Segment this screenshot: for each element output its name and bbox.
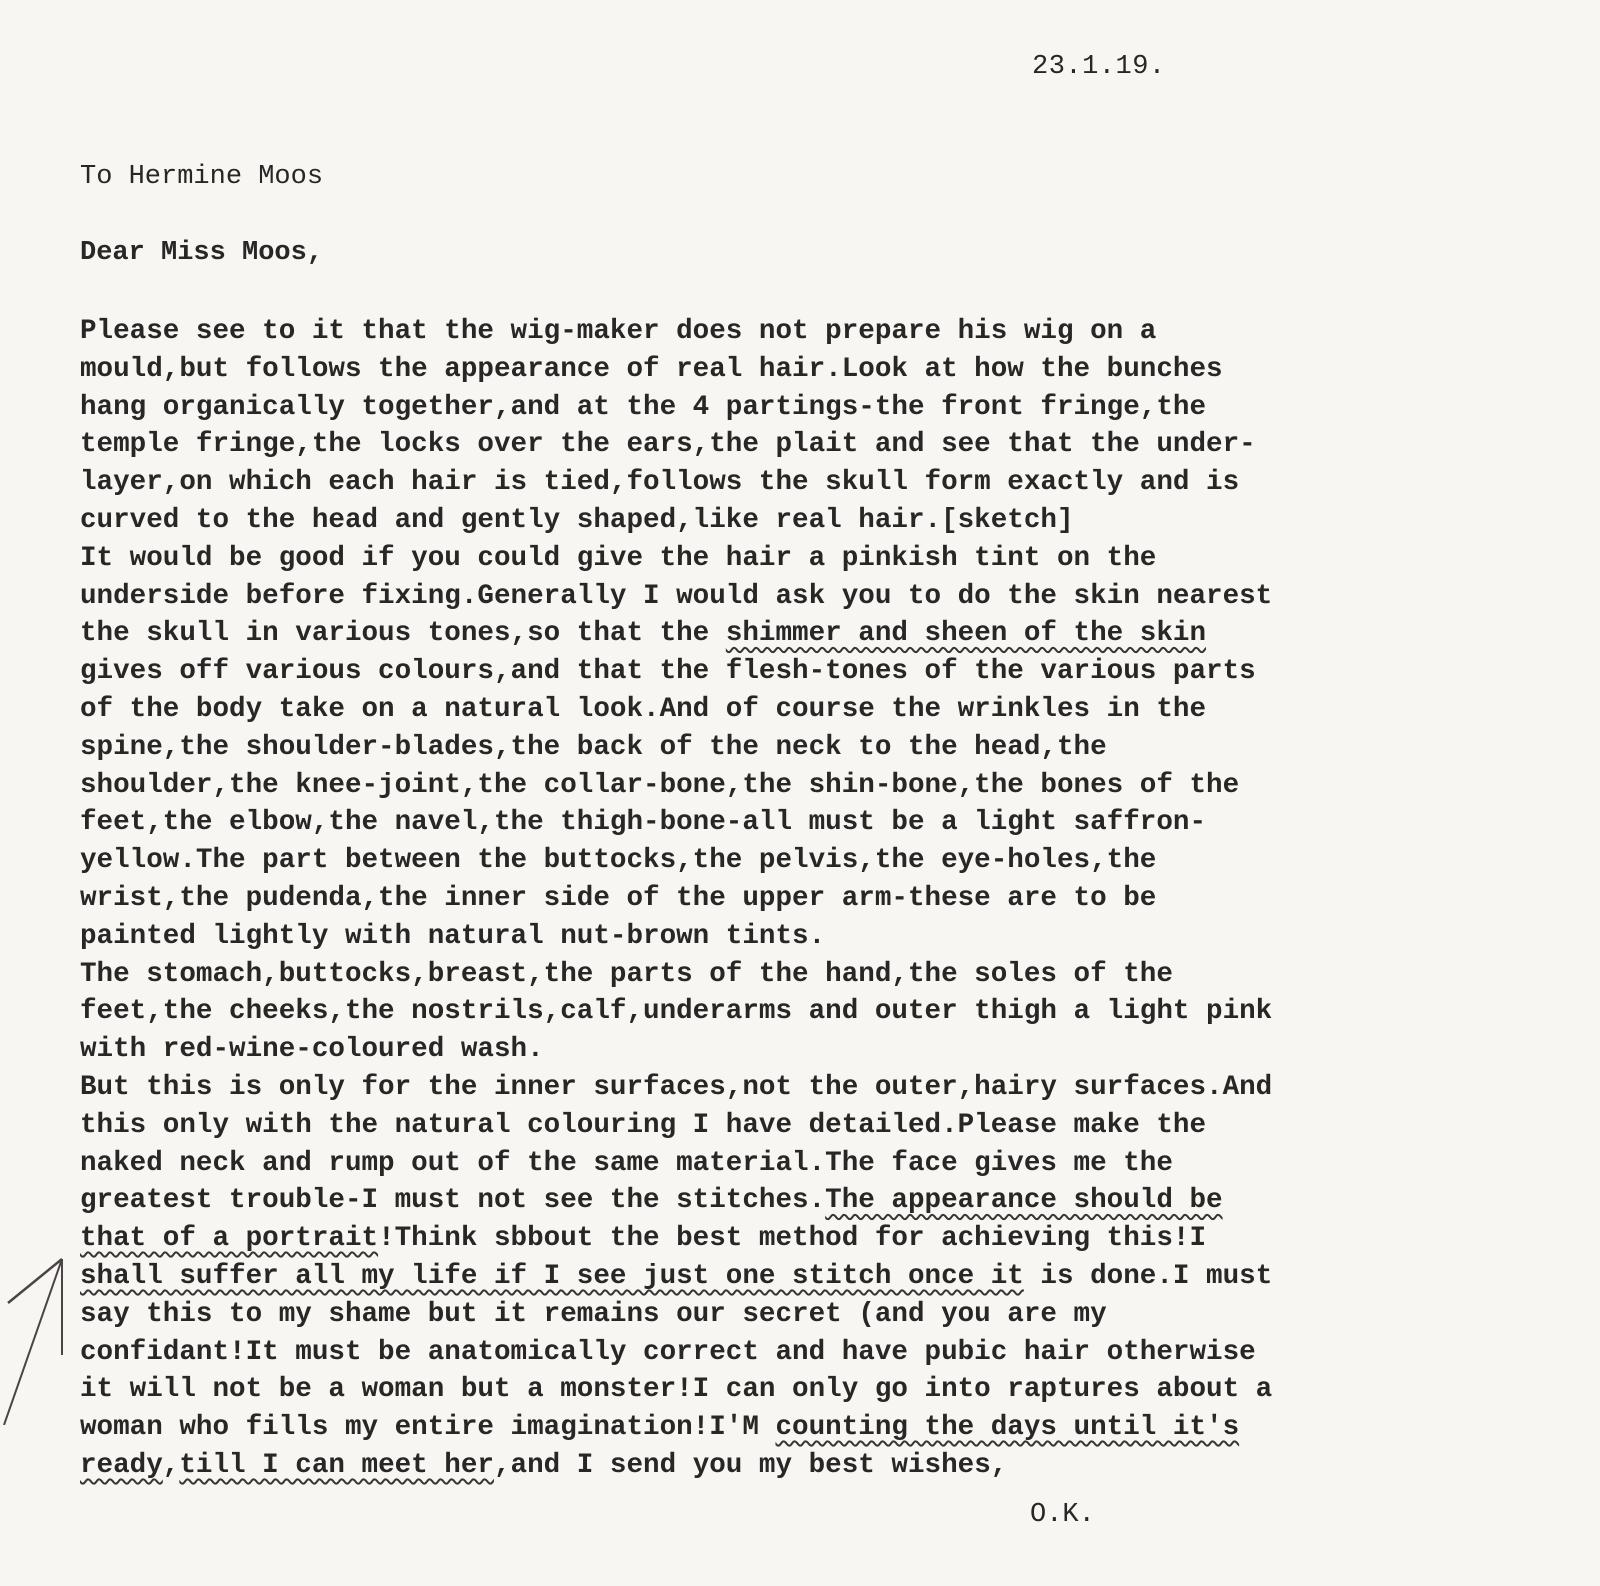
body-text-segment: is done.I must <box>1024 1261 1272 1292</box>
body-line: confidant!It must be anatomically correc… <box>80 1334 1272 1372</box>
body-line: feet,the cheeks,the nostrils,calf,undera… <box>80 993 1272 1031</box>
body-text-segment: temple fringe,the locks over the ears,th… <box>80 429 1256 460</box>
body-text-segment: the skull in various tones,so that the <box>80 618 726 649</box>
body-text-segment: !Think sbbout the best method for achiev… <box>378 1223 1206 1254</box>
underlined-text: shimmer and sheen of the skin <box>726 618 1206 649</box>
body-line: greatest trouble-I must not see the stit… <box>80 1182 1272 1220</box>
body-text-segment: with red-wine-coloured wash. <box>80 1034 544 1065</box>
body-text-segment: feet,the cheeks,the nostrils,calf,undera… <box>80 996 1272 1027</box>
body-text-segment: woman who fills my entire imagination!I'… <box>80 1412 775 1443</box>
body-line: that of a portrait!Think sbbout the best… <box>80 1220 1272 1258</box>
body-text-segment: confidant!It must be anatomically correc… <box>80 1337 1256 1368</box>
salutation: Dear Miss Moos, <box>80 238 323 268</box>
body-text-segment: The stomach,buttocks,breast,the parts of… <box>80 959 1173 990</box>
underlined-text: The appearance should be <box>825 1185 1222 1216</box>
body-text-segment: , <box>163 1450 180 1481</box>
body-line: temple fringe,the locks over the ears,th… <box>80 426 1272 464</box>
body-text-segment: shoulder,the knee-joint,the collar-bone,… <box>80 770 1239 801</box>
body-text-segment: greatest trouble-I must not see the stit… <box>80 1185 825 1216</box>
underlined-text: ready <box>80 1450 163 1481</box>
body-text-segment: this only with the natural colouring I h… <box>80 1110 1206 1141</box>
hand-drawn-arrow-icon <box>0 1255 90 1425</box>
body-line: yellow.The part between the buttocks,the… <box>80 842 1272 880</box>
underlined-text: till I can meet her <box>179 1450 494 1481</box>
body-text-segment: gives off various colours,and that the f… <box>80 656 1256 687</box>
letter-date: 23.1.19. <box>1032 52 1166 82</box>
underlined-text: that of a portrait <box>80 1223 378 1254</box>
underlined-text: counting the days until it's <box>775 1412 1239 1443</box>
body-text-segment: It would be good if you could give the h… <box>80 543 1156 574</box>
body-text-segment: painted lightly with natural nut-brown t… <box>80 921 825 952</box>
body-line: ready,till I can meet her,and I send you… <box>80 1447 1272 1485</box>
body-line: feet,the elbow,the navel,the thigh-bone-… <box>80 804 1272 842</box>
body-line: The stomach,buttocks,breast,the parts of… <box>80 956 1272 994</box>
body-text-segment: curved to the head and gently shaped,lik… <box>80 505 1074 536</box>
recipient-line: To Hermine Moos <box>80 162 323 192</box>
body-line: shall suffer all my life if I see just o… <box>80 1258 1272 1296</box>
underlined-text: shall suffer all my life if I see just o… <box>80 1261 1024 1292</box>
body-line: But this is only for the inner surfaces,… <box>80 1069 1272 1107</box>
body-line: hang organically together,and at the 4 p… <box>80 389 1272 427</box>
body-line: woman who fills my entire imagination!I'… <box>80 1409 1272 1447</box>
body-text-segment: of the body take on a natural look.And o… <box>80 694 1206 725</box>
body-line: curved to the head and gently shaped,lik… <box>80 502 1272 540</box>
body-line: underside before fixing.Generally I woul… <box>80 578 1272 616</box>
body-text-segment: naked neck and rump out of the same mate… <box>80 1148 1173 1179</box>
body-text-segment: wrist,the pudenda,the inner side of the … <box>80 883 1156 914</box>
body-text-segment: feet,the elbow,the navel,the thigh-bone-… <box>80 807 1206 838</box>
body-text-segment: yellow.The part between the buttocks,the… <box>80 845 1156 876</box>
body-line: say this to my shame but it remains our … <box>80 1296 1272 1334</box>
body-text-segment: spine,the shoulder-blades,the back of th… <box>80 732 1107 763</box>
letter-page: 23.1.19. To Hermine Moos Dear Miss Moos,… <box>0 0 1600 1586</box>
body-text-segment: underside before fixing.Generally I woul… <box>80 581 1272 612</box>
body-line: with red-wine-coloured wash. <box>80 1031 1272 1069</box>
signature: O.K. <box>1030 1500 1095 1530</box>
body-text-segment: layer,on which each hair is tied,follows… <box>80 467 1239 498</box>
body-line: gives off various colours,and that the f… <box>80 653 1272 691</box>
body-text-segment: say this to my shame but it remains our … <box>80 1299 1107 1330</box>
body-line: painted lightly with natural nut-brown t… <box>80 918 1272 956</box>
body-text-segment: mould,but follows the appearance of real… <box>80 354 1223 385</box>
body-line: the skull in various tones,so that the s… <box>80 615 1272 653</box>
body-text-segment: it will not be a woman but a monster!I c… <box>80 1374 1272 1405</box>
body-text-segment: ,and I send you my best wishes, <box>494 1450 1007 1481</box>
body-line: naked neck and rump out of the same mate… <box>80 1145 1272 1183</box>
body-line: layer,on which each hair is tied,follows… <box>80 464 1272 502</box>
body-line: Please see to it that the wig-maker does… <box>80 313 1272 351</box>
body-line: spine,the shoulder-blades,the back of th… <box>80 729 1272 767</box>
body-text-segment: Please see to it that the wig-maker does… <box>80 316 1156 347</box>
body-line: shoulder,the knee-joint,the collar-bone,… <box>80 767 1272 805</box>
body-line: mould,but follows the appearance of real… <box>80 351 1272 389</box>
body-line: this only with the natural colouring I h… <box>80 1107 1272 1145</box>
body-line: of the body take on a natural look.And o… <box>80 691 1272 729</box>
body-line: it will not be a woman but a monster!I c… <box>80 1371 1272 1409</box>
body-line: It would be good if you could give the h… <box>80 540 1272 578</box>
body-text-segment: But this is only for the inner surfaces,… <box>80 1072 1272 1103</box>
body-text-segment: hang organically together,and at the 4 p… <box>80 392 1206 423</box>
body-line: wrist,the pudenda,the inner side of the … <box>80 880 1272 918</box>
letter-body: Please see to it that the wig-maker does… <box>80 313 1272 1485</box>
